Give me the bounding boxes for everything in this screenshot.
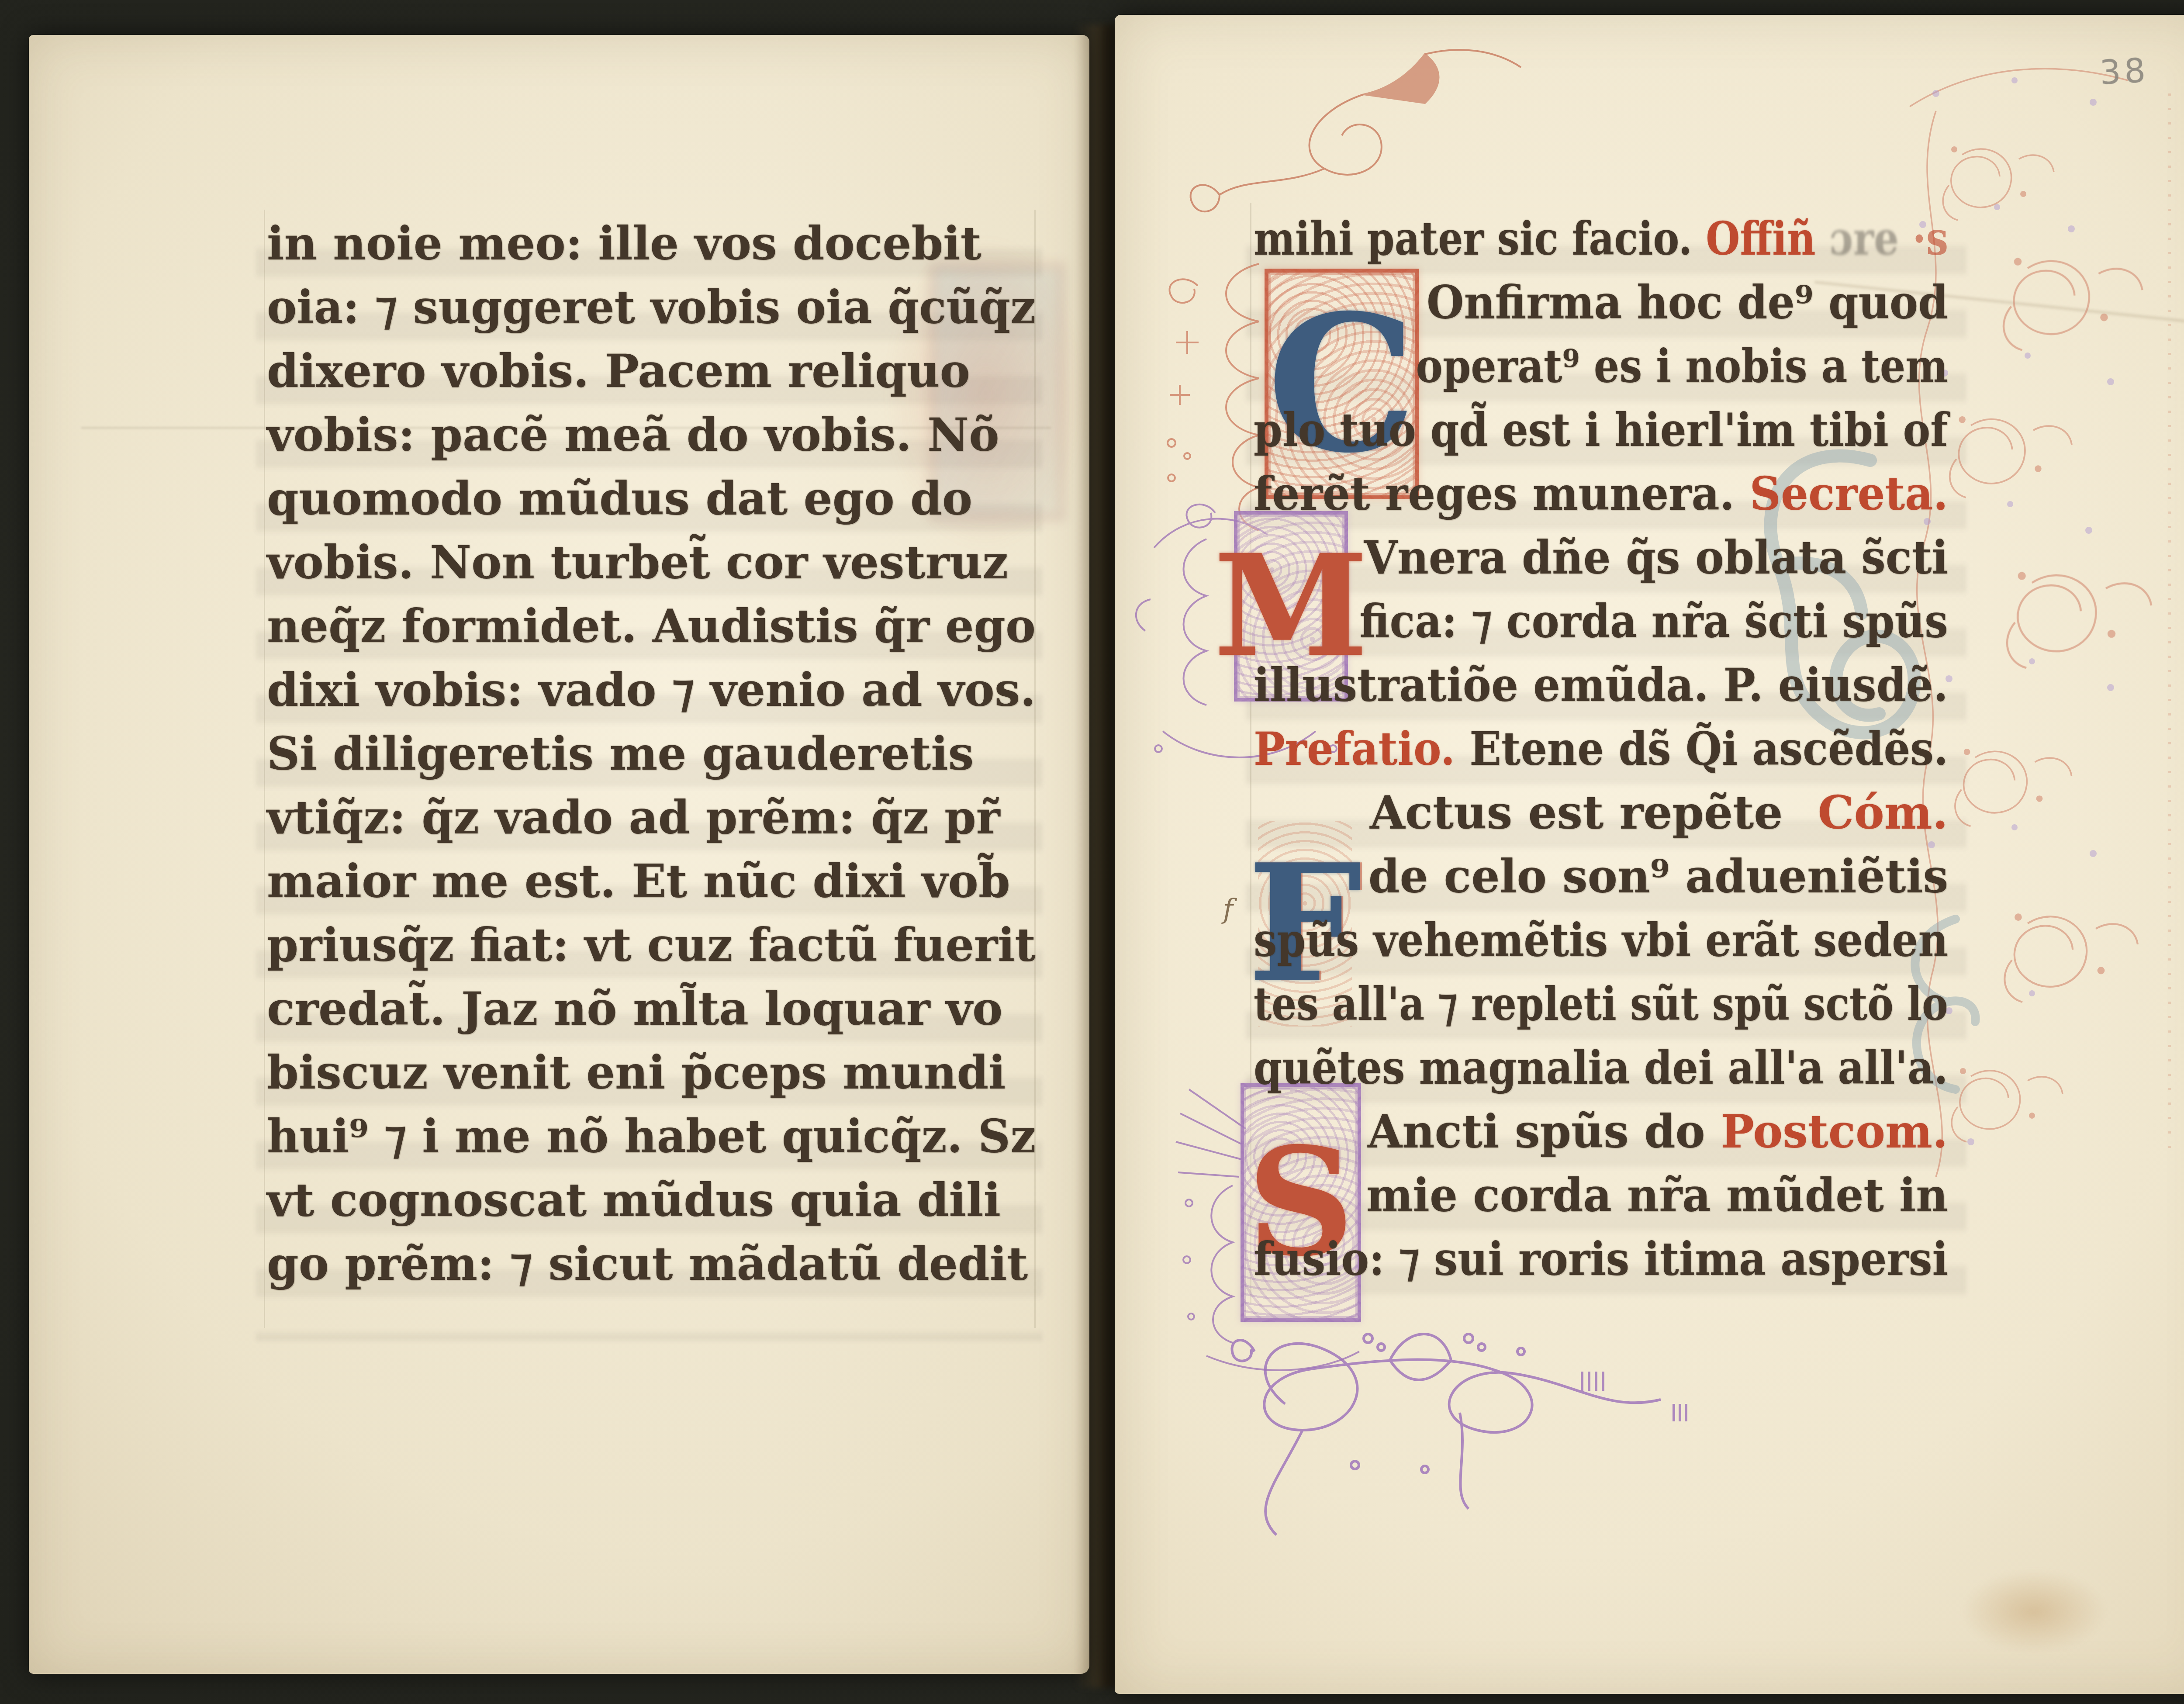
pen-flourish-pennant-icon: [1180, 37, 1530, 225]
rubric-text: ·s: [1899, 207, 1948, 271]
body-text: maior me est. Et nũc dixi vob̃: [267, 850, 1010, 913]
text-line: tes all'a ⁊ repleti sũt spũ sctõ lo: [1254, 972, 1851, 1036]
left-page: in noie meo: ille vos docebitoia: ⁊ sugg…: [29, 35, 1089, 1674]
text-line: quẽtes magnalia dei all'a all'a.: [1254, 1036, 1875, 1100]
body-text: ferẽt reges munera.: [1254, 462, 1750, 526]
rubric-text: Cóm.: [1818, 781, 1948, 845]
text-line: Actus est repẽte Cóm.: [1254, 781, 1948, 845]
text-line: mihi pater sic facio. Offiñ ɔre ·s: [1254, 207, 1853, 271]
text-line: illustratiõe emũda. P. eiusdẽ.: [1254, 653, 1905, 717]
body-text: Si diligeretis me gauderetis: [267, 722, 974, 786]
body-text: Vnera dñe q̃s oblata s̃cti: [1364, 526, 1949, 590]
body-text: credat̃. Jaz nõ ml̃ta loquar vo: [267, 977, 1002, 1041]
text-line: Onfirma hoc de⁹ quod: [1254, 271, 1908, 335]
body-text: dixero vobis. Pacem reliquo: [267, 339, 970, 403]
body-text: de celo son⁹ adueniẽtis: [1368, 845, 1949, 909]
text-line: vobis: pacẽ meã do vobis. Nõ: [267, 403, 1036, 467]
body-text: vobis: pacẽ meã do vobis. Nõ: [267, 403, 999, 467]
text-line: plo tuo qd̃ est i hierl'im tibi of: [1254, 398, 1882, 462]
rubric-text: Secreta.: [1750, 462, 1948, 526]
body-text: Etene ds̃ Q̃i ascẽdẽs.: [1455, 717, 1948, 781]
body-text: mie corda nr̃a mũdet in: [1366, 1164, 1948, 1227]
text-line: spũs vehemẽtis vbi erãt seden: [1254, 909, 1885, 972]
body-text: Actus est repẽte: [1370, 781, 1799, 845]
body-text: fusio: ⁊ sui roris itima aspersi: [1254, 1227, 1948, 1291]
parchment-stain: [1962, 1570, 2106, 1653]
body-text: neq̃z formidet. Audistis q̃r ego: [267, 594, 1036, 658]
text-line: go prẽm: ⁊ sicut mãdatũ dedit: [267, 1232, 1036, 1296]
text-line: de celo son⁹ adueniẽtis: [1254, 845, 1939, 909]
folio-number: 38: [2099, 51, 2150, 92]
body-text: vtiq̃z: q̃z vado ad prẽm: q̃z pr̃: [267, 786, 1000, 850]
text-line: vobis. Non turbet̃ cor vestruz: [267, 531, 1036, 594]
text-line: priusq̃z fiat: vt cuz factũ fuerit: [267, 913, 1028, 977]
left-text-block: in noie meo: ille vos docebitoia: ⁊ sugg…: [267, 212, 1036, 1296]
body-text: fica: ⁊ corda nr̃a s̃cti spũs: [1360, 590, 1948, 653]
text-line: dixi vobis: vado ⁊ venio ad vos.: [267, 658, 1033, 722]
calligraphic-knot-icon: [1224, 1299, 1748, 1570]
body-text: vt cognoscat mũdus quia dili: [267, 1168, 1001, 1232]
text-line: Si diligeretis me gauderetis: [267, 722, 1036, 786]
text-line: neq̃z formidet. Audistis q̃r ego: [267, 594, 1032, 658]
guide-letter: f: [1223, 893, 1233, 925]
body-text: illustratiõe emũda. P. eiusdẽ.: [1254, 653, 1948, 717]
body-text: operat⁹ es i nobis a tem: [1416, 335, 1948, 398]
body-text: hui⁹ ⁊ i me nõ habet quicq̃z. Sz: [267, 1105, 1036, 1168]
text-line: credat̃. Jaz nõ ml̃ta loquar vo: [267, 977, 1036, 1041]
text-line: Prefatio. Etene ds̃ Q̃i ascẽdẽs.: [1254, 717, 1891, 781]
rubric-text: Prefatio.: [1254, 717, 1455, 781]
body-text: biscuz venit eni p̃ceps mundi: [267, 1041, 1006, 1105]
text-line: biscuz venit eni p̃ceps mundi: [267, 1041, 1036, 1105]
text-line: ferẽt reges munera. Secreta.: [1254, 462, 1915, 526]
body-text: quomodo mũdus dat ego do: [267, 467, 972, 531]
body-text: ɔre: [1816, 207, 1899, 271]
rubric-text: Offiñ: [1706, 207, 1815, 271]
text-line: Vnera dñe q̃s oblata s̃cti: [1254, 526, 1913, 590]
text-line: Ancti spũs do Postcom.: [1254, 1100, 1935, 1164]
text-line: vt cognoscat mũdus quia dili: [267, 1168, 1036, 1232]
text-line: quomodo mũdus dat ego do: [267, 467, 1036, 531]
text-line: dixero vobis. Pacem reliquo: [267, 339, 1036, 403]
body-text: oia: ⁊ suggeret vobis oia q̃cũq̃z: [267, 276, 1036, 339]
body-text: go prẽm: ⁊ sicut mãdatũ dedit: [267, 1232, 1028, 1296]
text-line: fusio: ⁊ sui roris itima aspersi: [1254, 1227, 1891, 1291]
body-text: mihi pater sic facio.: [1254, 207, 1706, 271]
text-line: hui⁹ ⁊ i me nõ habet quicq̃z. Sz: [267, 1105, 1025, 1168]
body-text: vobis. Non turbet̃ cor vestruz: [267, 531, 1008, 594]
text-line: vtiq̃z: q̃z vado ad prẽm: q̃z pr̃: [267, 786, 1036, 850]
body-text: quẽtes magnalia dei all'a all'a.: [1254, 1036, 1948, 1100]
ruling-line: [264, 210, 265, 1328]
body-text: priusq̃z fiat: vt cuz factũ fuerit: [267, 913, 1036, 977]
body-text: dixi vobis: vado ⁊ venio ad vos.: [267, 658, 1036, 722]
right-text-block: mihi pater sic facio. Offiñ ɔre ·sOnfirm…: [1254, 207, 1948, 1291]
rubric-text: Postcom.: [1721, 1100, 1948, 1164]
body-text: plo tuo qd̃ est i hierl'im tibi of: [1254, 398, 1948, 462]
body-text: spũs vehemẽtis vbi erãt seden: [1254, 909, 1948, 972]
body-text: Onfirma hoc de⁹ quod: [1427, 271, 1948, 335]
body-text: in noie meo: ille vos docebit: [267, 212, 981, 276]
text-line: fica: ⁊ corda nr̃a s̃cti spũs: [1254, 590, 1887, 653]
text-line: in noie meo: ille vos docebit: [267, 212, 1036, 276]
manuscript-photo: in noie meo: ille vos docebitoia: ⁊ sugg…: [0, 0, 2184, 1704]
body-text: Ancti spũs do: [1368, 1100, 1721, 1164]
body-text: tes all'a ⁊ repleti sũt spũ sctõ lo: [1254, 972, 1948, 1036]
text-line: operat⁹ es i nobis a tem: [1254, 335, 1868, 398]
text-line: mie corda nr̃a mũdet in: [1254, 1164, 1927, 1227]
right-page: C M F S f mihi pater sic facio. Offiñ ɔr…: [1115, 15, 2184, 1694]
text-line: oia: ⁊ suggeret vobis oia q̃cũq̃z: [267, 276, 1026, 339]
text-line: maior me est. Et nũc dixi vob̃: [267, 850, 1036, 913]
